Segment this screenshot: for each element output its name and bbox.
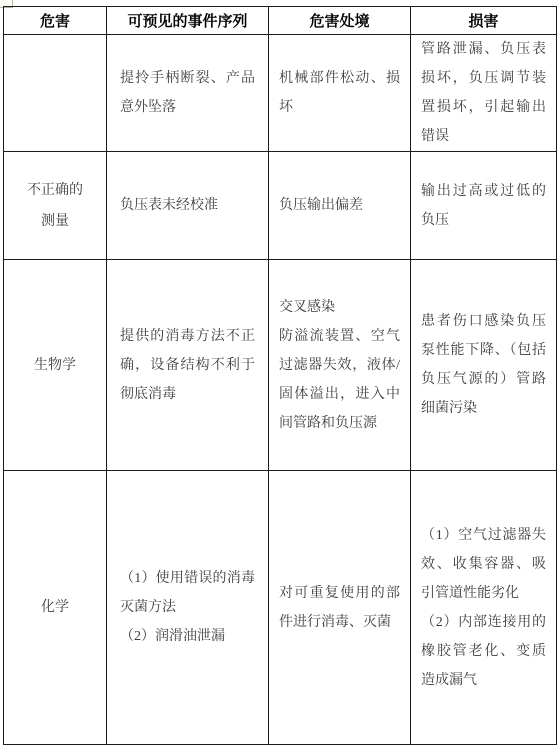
table-row: 提拎手柄断裂、产品意外坠落 机械部件松动、损坏 管路泄漏、负压表损坏，负压调节装…: [4, 35, 557, 152]
cell-hazard-situation: 对可重复使用的部件进行消毒、灭菌: [269, 471, 411, 745]
cell-harm: 患者伤口感染负压泵性能下降、（包括负压气源的）管路细菌污染: [411, 260, 557, 471]
table-header-row: 危害 可预见的事件序列 危害处境 损害: [4, 7, 557, 35]
header-harm: 损害: [411, 7, 557, 35]
cell-event-sequence: 提供的消毒方法不正确，设备结构不利于彻底消毒: [107, 260, 269, 471]
cell-harm: （1）空气过滤器失效、收集容器、吸引管道性能劣化 （2）内部连接用的橡胶管老化、…: [411, 471, 557, 745]
cell-harm: 输出过高或过低的负压: [411, 152, 557, 260]
header-event-sequence: 可预见的事件序列: [107, 7, 269, 35]
cell-event-sequence: （1）使用错误的消毒灭菌方法 （2）润滑油泄漏: [107, 471, 269, 745]
cell-event-sequence: 负压表未经校准: [107, 152, 269, 260]
cell-hazard-situation: 负压输出偏差: [269, 152, 411, 260]
hazard-analysis-table: 危害 可预见的事件序列 危害处境 损害 提拎手柄断裂、产品意外坠落 机械部件松动…: [3, 6, 557, 745]
document-page: 危害 可预见的事件序列 危害处境 损害 提拎手柄断裂、产品意外坠落 机械部件松动…: [0, 0, 560, 750]
cell-hazard: 化学: [4, 471, 107, 745]
cell-hazard: 不正确的测量: [4, 152, 107, 260]
header-hazard: 危害: [4, 7, 107, 35]
table-row: 不正确的测量 负压表未经校准 负压输出偏差 输出过高或过低的负压: [4, 152, 557, 260]
cell-event-sequence: 提拎手柄断裂、产品意外坠落: [107, 35, 269, 152]
cell-hazard: [4, 35, 107, 152]
table-row: 生物学 提供的消毒方法不正确，设备结构不利于彻底消毒 交叉感染 防溢流装置、空气…: [4, 260, 557, 471]
cell-hazard: 生物学: [4, 260, 107, 471]
cell-hazard-situation: 机械部件松动、损坏: [269, 35, 411, 152]
table-row: 化学 （1）使用错误的消毒灭菌方法 （2）润滑油泄漏 对可重复使用的部件进行消毒…: [4, 471, 557, 745]
header-hazard-situation: 危害处境: [269, 7, 411, 35]
cell-hazard-situation: 交叉感染 防溢流装置、空气过滤器失效，液体/固体溢出，进入中间管路和负压源: [269, 260, 411, 471]
cell-harm: 管路泄漏、负压表损坏，负压调节装置损坏，引起输出错误: [411, 35, 557, 152]
